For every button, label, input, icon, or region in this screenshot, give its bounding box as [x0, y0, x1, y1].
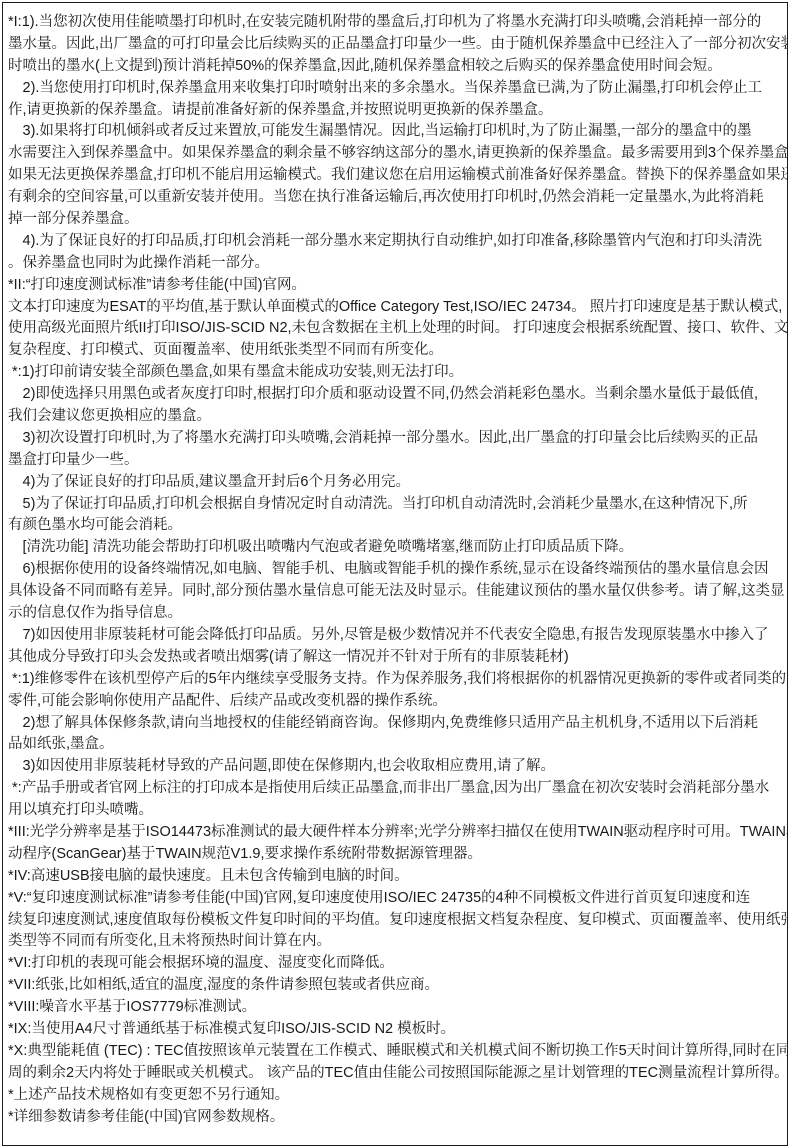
text-line: 动程序(ScanGear)基于TWAIN规范V1.9,要求操作系统附带数据源管理…: [8, 844, 784, 866]
text-line: 掉一部分保养墨盒。: [8, 209, 784, 231]
text-line: 4).为了保证良好的打印品质,打印机会消耗一部分墨水来定期执行自动维护,如打印准…: [8, 231, 784, 253]
text-line: *I:1).当您初次使用佳能喷墨打印机时,在安装完随机附带的墨盒后,打印机为了将…: [8, 12, 784, 34]
text-line: 2)即使选择只用黑色或者灰度打印时,根据打印介质和驱动设置不同,仍然会消耗彩色墨…: [8, 384, 784, 406]
text-line: 6)根据你使用的设备终端情况,如电脑、智能手机、电脑或智能手机的操作系统,显示在…: [8, 559, 784, 581]
text-line: 有剩余的空间容量,可以重新安装并使用。当您在执行准备运输后,再次使用打印机时,仍…: [8, 187, 784, 209]
text-line: 周的剩余2天内将处于睡眠或关机模式。 该产品的TEC值由佳能公司按照国际能源之星…: [8, 1063, 784, 1085]
text-line: *:1)打印前请安装全部颜色墨盒,如果有墨盒未能成功安装,则无法打印。: [8, 362, 784, 384]
text-line: 我们会建议您更换相应的墨盒。: [8, 406, 784, 428]
text-line: 类型等不同而有所变化,且未将预热时间计算在内。: [8, 931, 784, 953]
text-line: 用以填充打印头喷嘴。: [8, 800, 784, 822]
page-border: *I:1).当您初次使用佳能喷墨打印机时,在安装完随机附带的墨盒后,打印机为了将…: [2, 2, 788, 1146]
text-line: 3).如果将打印机倾斜或者反过来置放,可能发生漏墨情况。因此,当运输打印机时,为…: [8, 121, 784, 143]
text-line: 其他成分导致打印头会发热或者喷出烟雾(请了解这一情况并不针对于所有的非原装耗材): [8, 647, 784, 669]
text-line: 品如纸张,墨盒。: [8, 734, 784, 756]
text-line: *VII:纸张,比如相纸,适宜的温度,湿度的条件请参照包装或者供应商。: [8, 975, 784, 997]
text-line: 零件,可能会影响你使用产品配件、后续产品或改变机器的操作系统。: [8, 691, 784, 713]
text-line: 具体设备不同而略有差异。同时,部分预估墨水量信息可能无法及时显示。佳能建议预估的…: [8, 581, 784, 603]
text-line: 使用高级光面照片纸II打印ISO/JIS-SCID N2,未包含数据在主机上处理…: [8, 318, 784, 340]
text-line: 续复印速度测试,速度值取每份模板文件复印时间的平均值。复印速度根据文档复杂程度、…: [8, 910, 784, 932]
text-line: *:产品手册或者官网上标注的打印成本是指使用后续正品墨盒,而非出厂墨盒,因为出厂…: [8, 778, 784, 800]
footnotes-text-block: *I:1).当您初次使用佳能喷墨打印机时,在安装完随机附带的墨盒后,打印机为了将…: [3, 3, 787, 1128]
text-line: 如果无法更换保养墨盒,打印机不能启用运输模式。我们建议您在启用运输模式前准备好保…: [8, 165, 784, 187]
text-line: 时喷出的墨水(上文提到)预计消耗掉50%的保养墨盒,因此,随机保养墨盒相较之后购…: [8, 56, 784, 78]
text-line: *VI:打印机的表现可能会根据环境的温度、湿度变化而降低。: [8, 953, 784, 975]
spec-footnotes-page: *I:1).当您初次使用佳能喷墨打印机时,在安装完随机附带的墨盒后,打印机为了将…: [0, 0, 790, 1148]
text-line: *III:光学分辨率是基于ISO14473标准测试的最大硬件样本分辨率;光学分辨…: [8, 822, 784, 844]
text-line: *VIII:噪音水平基于IOS7779标准测试。: [8, 997, 784, 1019]
text-line: 4)为了保证良好的打印品质,建议墨盒开封后6个月务必用完。: [8, 472, 784, 494]
text-line: [清洗功能] 清洗功能会帮助打印机吸出喷嘴内气泡或者避免喷嘴堵塞,继而防止打印质…: [8, 537, 784, 559]
text-line: *X:典型能耗值 (TEC) : TEC值按照该单元装置在工作模式、睡眠模式和关…: [8, 1041, 784, 1063]
text-line: 7)如因使用非原装耗材可能会降低打印品质。另外,尽管是极少数情况并不代表安全隐患…: [8, 625, 784, 647]
text-line: 2)想了解具体保修条款,请向当地授权的佳能经销商咨询。保修期内,免费维修只适用产…: [8, 713, 784, 735]
text-line: 。保养墨盒也同时为此操作消耗一部分。: [8, 253, 784, 275]
text-line: *详细参数请参考佳能(中国)官网参数规格。: [8, 1107, 784, 1129]
text-line: 墨水量。因此,出厂墨盒的可打印量会比后续购买的正品墨盒打印量少一些。由于随机保养…: [8, 34, 784, 56]
text-line: 有颜色墨水均可能会消耗。: [8, 515, 784, 537]
text-line: *IX:当使用A4尺寸普通纸基于标准模式复印ISO/JIS-SCID N2 模板…: [8, 1019, 784, 1041]
text-line: *上述产品技术规格如有变更恕不另行通知。: [8, 1085, 784, 1107]
text-line: *IV:高速USB接电脑的最快速度。且未包含传输到电脑的时间。: [8, 866, 784, 888]
text-line: 墨盒打印量少一些。: [8, 450, 784, 472]
text-line: *II:“打印速度测试标准”请参考佳能(中国)官网。: [8, 275, 784, 297]
text-line: 文本打印速度为ESAT的平均值,基于默认单面模式的Office Category…: [8, 297, 784, 319]
text-line: 水需要注入到保养墨盒中。如果保养墨盒的剩余量不够容纳这部分的墨水,请更换新的保养…: [8, 143, 784, 165]
text-line: 作,请更换新的保养墨盒。请提前准备好新的保养墨盒,并按照说明更换新的保养墨盒。: [8, 100, 784, 122]
text-line: 3)如因使用非原装耗材导致的产品问题,即使在保修期内,也会收取相应费用,请了解。: [8, 756, 784, 778]
text-line: *:1)维修零件在该机型停产后的5年内继续享受服务支持。作为保养服务,我们将根据…: [8, 669, 784, 691]
text-line: 2).当您使用打印机时,保养墨盒用来收集打印时喷射出来的多余墨水。当保养墨盒已满…: [8, 78, 784, 100]
text-line: *V:“复印速度测试标准”请参考佳能(中国)官网,复印速度使用ISO/IEC 2…: [8, 888, 784, 910]
text-line: 5)为了保证打印品质,打印机会根据自身情况定时自动清洗。当打印机自动清洗时,会消…: [8, 494, 784, 516]
text-line: 示的信息仅作为指导信息。: [8, 603, 784, 625]
text-line: 3)初次设置打印机时,为了将墨水充满打印头喷嘴,会消耗掉一部分墨水。因此,出厂墨…: [8, 428, 784, 450]
text-line: 复杂程度、打印模式、页面覆盖率、使用纸张类型不同而有所变化。: [8, 340, 784, 362]
